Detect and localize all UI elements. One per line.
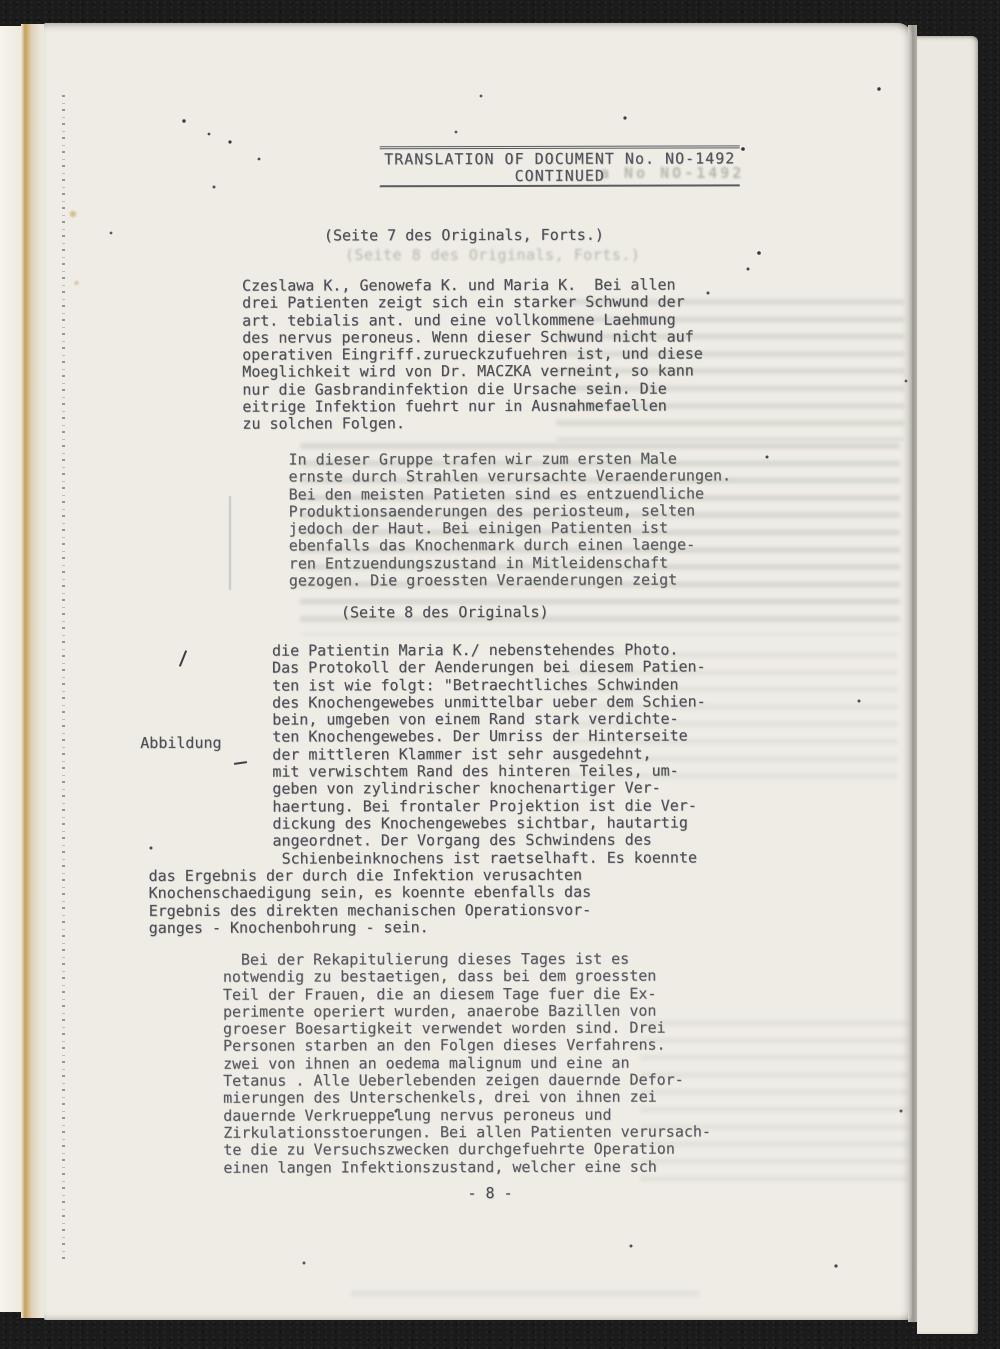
paragraph-group-findings: In dieser Gruppe trafen wir zum ersten M… bbox=[288, 450, 731, 590]
page-ref-seite-7: (Seite 7 des Originals, Forts.) bbox=[324, 227, 604, 245]
header-continued-line: CONTINUED bbox=[380, 167, 740, 184]
scan-backing: { "document": { "header": { "line1": "TR… bbox=[0, 0, 1000, 1349]
paragraph-recapitulation: Bei der Rekapitulierung dieses Tages ist… bbox=[223, 950, 711, 1176]
header-title-line: TRANSLATION OF DOCUMENT No. NO-1492 bbox=[380, 150, 740, 167]
paragraph-patients: Czeslawa K., Genowefa K. und Maria K. Be… bbox=[242, 276, 703, 433]
paragraph-protocol-continued: das Ergebnis der durch die Infektion ver… bbox=[149, 867, 592, 937]
page-ref-seite-8: (Seite 8 des Originals) bbox=[341, 604, 549, 622]
document-header: TRANSLATION OF DOCUMENT No. NO-1492 CONT… bbox=[380, 145, 740, 187]
typewritten-content: TRANSLATION OF DOCUMENT No. NO-1492 CONT… bbox=[0, 0, 1000, 1349]
paragraph-protocol-quote: die Patientin Maria K./ nebenstehendes P… bbox=[272, 641, 706, 867]
page-number: - 8 - bbox=[467, 1185, 512, 1202]
margin-label-abbildung: Abbildung bbox=[140, 735, 221, 753]
